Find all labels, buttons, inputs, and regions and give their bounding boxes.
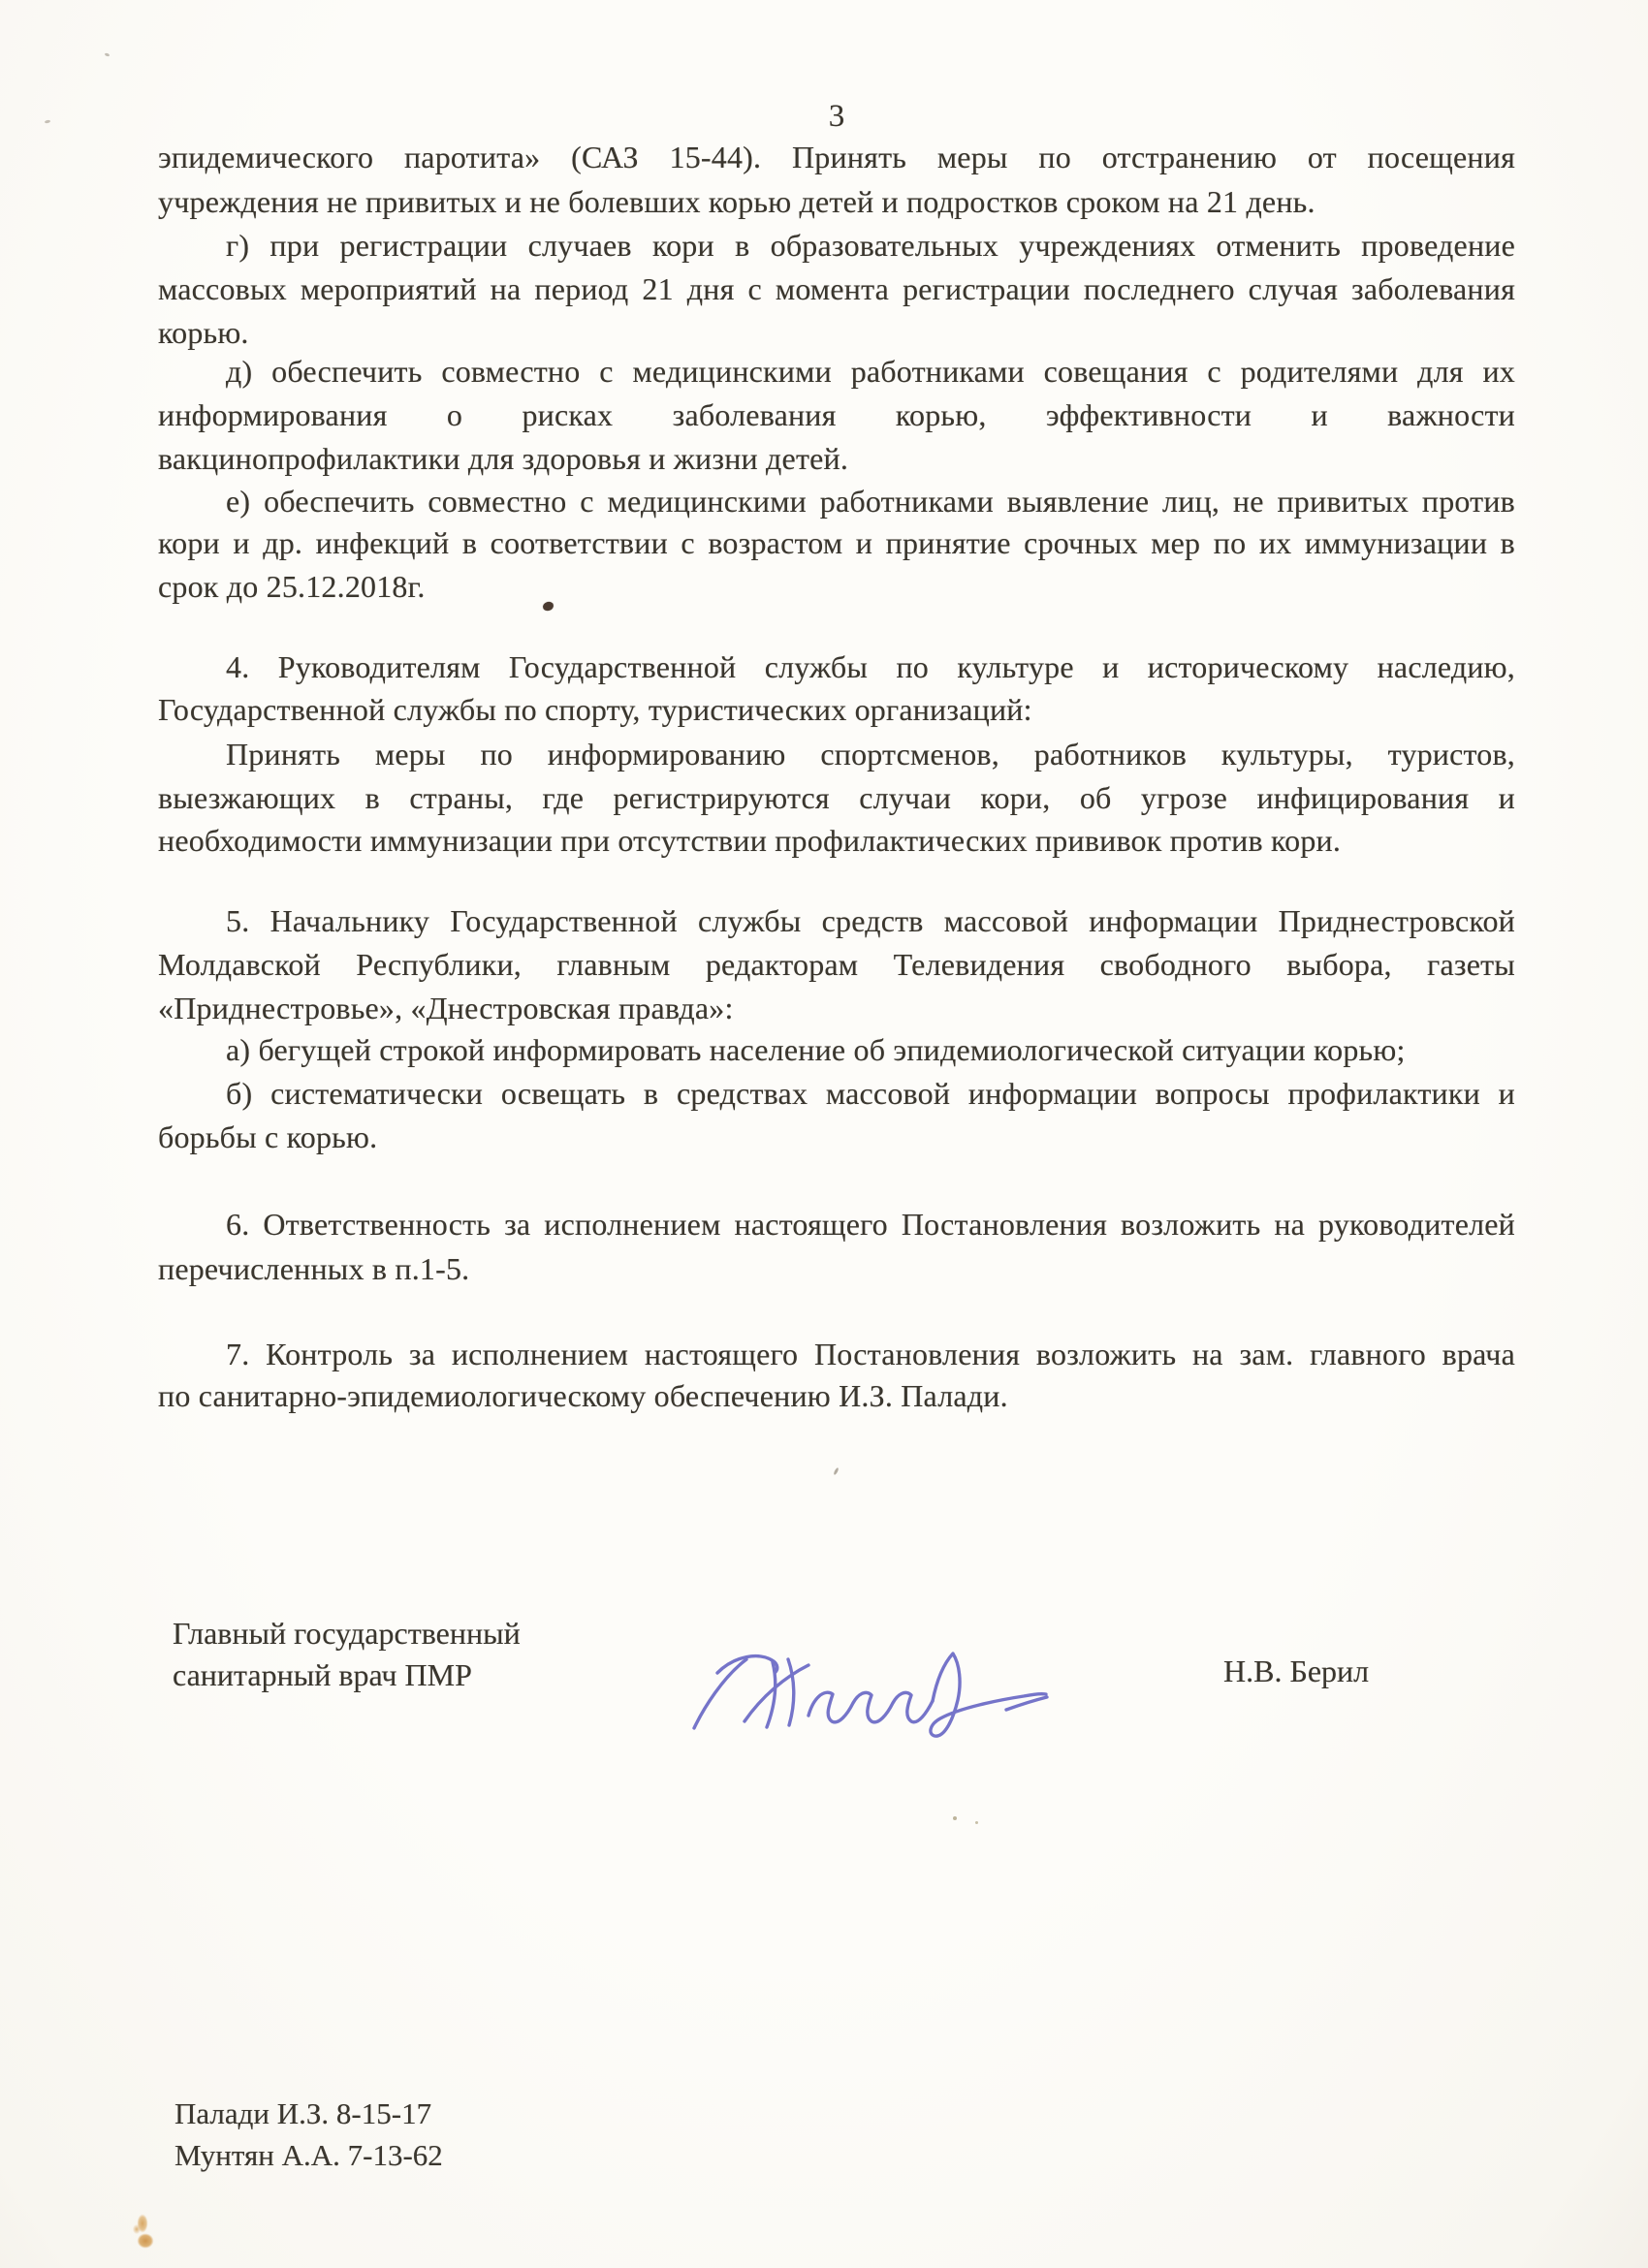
document-line: борьбы с корью. (158, 1116, 1515, 1159)
document-line: выезжающих в страны, где регистрируются … (158, 776, 1515, 820)
document-line: а) бегущей строкой информировать населен… (158, 1028, 1515, 1072)
document-line: по санитарно-эпидемиологическому обеспеч… (158, 1374, 1515, 1418)
document-line: корью. (158, 311, 1515, 355)
document-line: Молдавской Республики, главным редактора… (158, 943, 1515, 987)
page-number: 3 (158, 97, 1515, 136)
scan-speck (975, 1821, 978, 1824)
document-line: учреждения не привитых и не болевших кор… (158, 180, 1515, 224)
document-line: 4. Руководителям Государственной службы … (158, 646, 1515, 689)
scan-speck (105, 52, 111, 57)
document-line: Государственной службы по спорту, турист… (158, 688, 1515, 732)
document-line: кори и др. инфекций в соответствии с воз… (158, 521, 1515, 565)
document-line: 7. Контроль за исполнением настоящего По… (158, 1333, 1515, 1376)
footer-contact-line: Палади И.З. 8-15-17 (174, 2094, 431, 2134)
document-line: необходимости иммунизации при отсутствии… (158, 819, 1515, 863)
paper-stain (130, 2208, 163, 2252)
signature-handwriting (679, 1638, 1057, 1749)
signer-title-line1: Главный государственный (173, 1613, 521, 1654)
footer-contact-line: Мунтян А.А. 7-13-62 (174, 2135, 443, 2176)
document-line: б) систематически освещать в средствах м… (158, 1072, 1515, 1116)
document-line: информирования о рисках заболевания корь… (158, 394, 1515, 437)
document-line: Принять меры по информированию спортсмен… (158, 733, 1515, 776)
document-line: е) обеспечить совместно с медицинскими р… (158, 480, 1515, 523)
document-line: д) обеспечить совместно с медицинскими р… (158, 350, 1515, 394)
signer-title-line2: санитарный врач ПМР (173, 1654, 472, 1696)
document-line: вакцинопрофилактики для здоровья и жизни… (158, 437, 1515, 481)
document-line: 6. Ответственность за исполнением настоя… (158, 1203, 1515, 1246)
signer-name: Н.В. Берил (1223, 1651, 1369, 1692)
scan-speck (833, 1467, 839, 1475)
scanned-document-page: 3 эпидемического паротита» (САЗ 15-44). … (0, 0, 1648, 2268)
document-line: г) при регистрации случаев кори в образо… (158, 224, 1515, 268)
document-line: перечисленных в п.1-5. (158, 1247, 1515, 1291)
document-line: «Приднестровье», «Днестровская правда»: (158, 987, 1515, 1030)
scan-speck (45, 119, 50, 123)
document-line: массовых мероприятий на период 21 дня с … (158, 268, 1515, 311)
document-line: эпидемического паротита» (САЗ 15-44). Пр… (158, 136, 1515, 179)
document-line: 5. Начальнику Государственной службы сре… (158, 899, 1515, 943)
scan-speck (953, 1816, 957, 1820)
document-line: срок до 25.12.2018г. (158, 565, 1515, 609)
